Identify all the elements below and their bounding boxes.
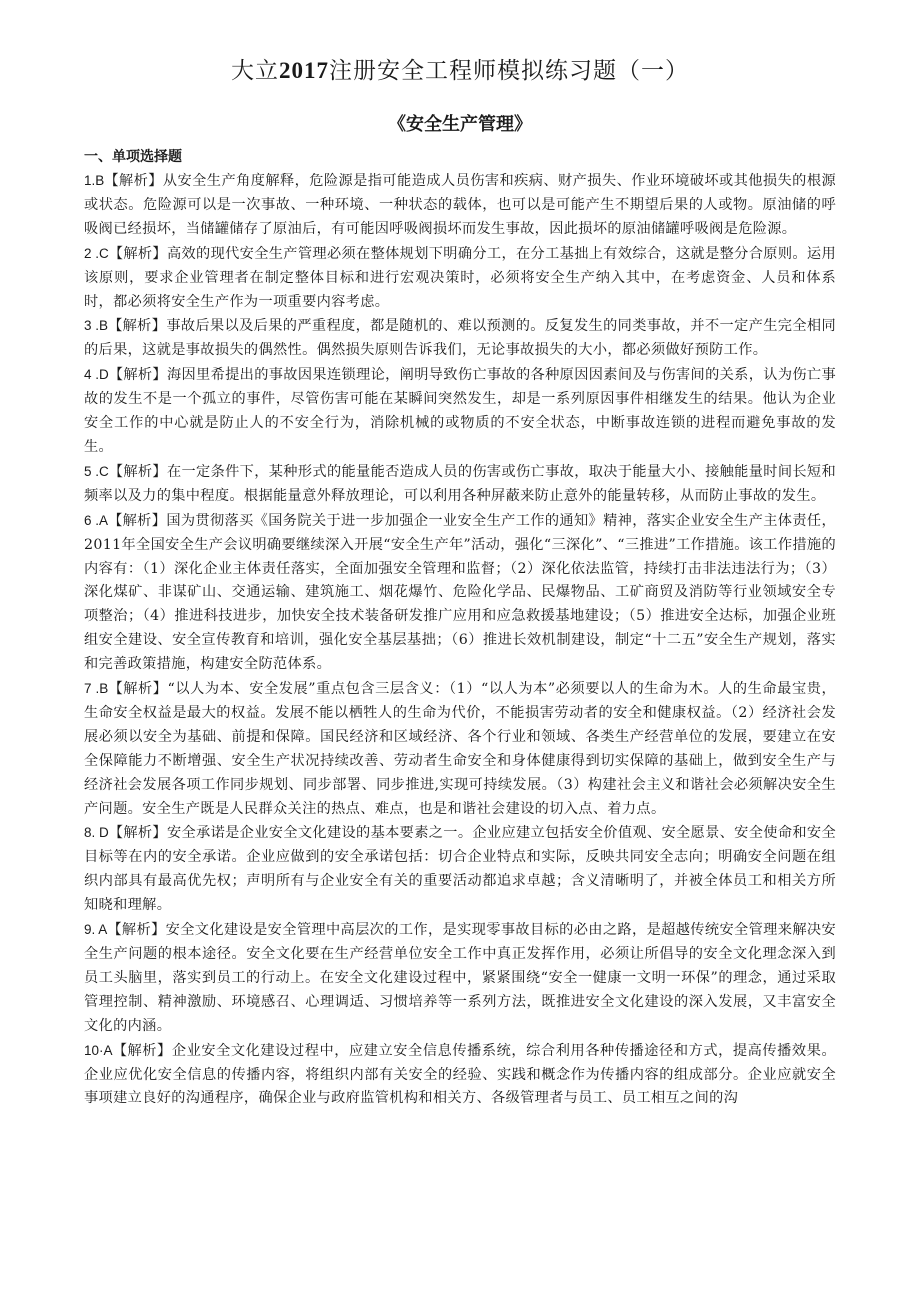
answer-item-6: 6 .A【解析】国为贯彻落买《国务院关于进一步加强企一业安全生产工作的通知》精神… (84, 509, 836, 677)
answer-text: 企业安全文化建设过程中，应建立安全信息传播系统，综合利用各种传播途径和方式，提高… (84, 1043, 836, 1107)
answer-number: 4 .D (84, 367, 109, 382)
answer-number: 7 .B (84, 681, 108, 696)
analysis-tag: 【解析】 (109, 825, 167, 841)
answer-number: 5 .C (84, 464, 109, 479)
section-heading: 一、单项选择题 (84, 146, 182, 166)
document-title: 大立2017注册安全工程师模拟练习题（一） (84, 52, 836, 85)
analysis-tag: 【解析】 (109, 464, 167, 480)
title-year: 2017 (279, 58, 329, 83)
answer-item-10: 10·A【解析】企业安全文化建设过程中，应建立安全信息传播系统，综合利用各种传播… (84, 1039, 836, 1112)
answer-text: 从安全生产角度解释，危险源是指可能造成人员伤害和疾病、财产损失、作业环境破坏或其… (84, 173, 836, 237)
answer-text: 在一定条件下，某种形式的能量能否造成人员的伤害或伤亡事故，取决于能量大小、接触能… (84, 464, 836, 504)
title-prefix: 大立 (231, 58, 279, 84)
analysis-tag: 【解析】 (108, 318, 166, 334)
answer-number: 1.B (84, 173, 104, 188)
answer-text: 事故后果以及后果的严重程度，都是随机的、难以预测的。反复发生的同类事故，并不一定… (84, 318, 836, 358)
answer-text: 安全文化建设是安全管理中高层次的工作，是实现零事故目标的必由之路，是超越传统安全… (84, 922, 836, 1034)
answer-text: 国为贯彻落买《国务院关于进一步加强企一业安全生产工作的通知》精神，落实企业安全生… (84, 513, 836, 672)
analysis-tag: 【解析】 (109, 246, 167, 262)
document-subtitle: 《安全生产管理》 (84, 110, 836, 136)
answer-item-9: 9. A【解析】安全文化建设是安全管理中高层次的工作，是实现零事故目标的必由之路… (84, 918, 836, 1039)
answer-item-3: 3 .B【解析】事故后果以及后果的严重程度，都是随机的、难以预测的。反复发生的同… (84, 314, 836, 363)
analysis-tag: 【解析】 (104, 173, 163, 189)
answer-number: 9. A (84, 922, 107, 937)
answer-number: 2 .C (84, 246, 109, 261)
analysis-tag: 【解析】 (108, 513, 166, 529)
analysis-tag: 【解析】 (113, 1043, 172, 1059)
answer-number: 6 .A (84, 513, 108, 528)
answer-number: 10·A (84, 1043, 113, 1058)
answer-number: 3 .B (84, 318, 108, 333)
answer-item-1: 1.B【解析】从安全生产角度解释，危险源是指可能造成人员伤害和疾病、财产损失、作… (84, 169, 836, 242)
answer-list: 1.B【解析】从安全生产角度解释，危险源是指可能造成人员伤害和疾病、财产损失、作… (84, 169, 836, 1111)
answer-text: “以人为本、安全发展”重点包含三层含义：（1）“以人为本”必须要以人的生命为木。… (84, 681, 836, 817)
analysis-tag: 【解析】 (107, 922, 165, 938)
answer-text: 高效的现代安全生产管理必须在整体规划下明确分工，在分工基拙上有效综合，这就是整分… (84, 246, 836, 310)
answer-item-4: 4 .D【解析】海因里希提出的事故因果连锁理论，阐明导致伤亡事故的各种原因因素间… (84, 363, 836, 460)
title-suffix: 注册安全工程师模拟练习题（一） (329, 58, 689, 84)
answer-number: 8. D (84, 825, 109, 840)
answer-item-7: 7 .B【解析】“以人为本、安全发展”重点包含三层含义：（1）“以人为本”必须要… (84, 677, 836, 821)
answer-item-8: 8. D【解析】安全承诺是企业安全文化建设的基本要素之一。企业应建立包括安全价值… (84, 821, 836, 918)
answer-text: 海因里希提出的事故因果连锁理论，阐明导致伤亡事故的各种原因因素间及与伤害间的关系… (84, 367, 836, 455)
answer-text: 安全承诺是企业安全文化建设的基本要素之一。企业应建立包括安全价值观、安全愿景、安… (84, 825, 836, 913)
analysis-tag: 【解析】 (109, 367, 167, 383)
answer-item-2: 2 .C【解析】高效的现代安全生产管理必须在整体规划下明确分工，在分工基拙上有效… (84, 242, 836, 315)
analysis-tag: 【解析】 (108, 681, 167, 697)
answer-item-5: 5 .C【解析】在一定条件下，某种形式的能量能否造成人员的伤害或伤亡事故，取决于… (84, 460, 836, 509)
